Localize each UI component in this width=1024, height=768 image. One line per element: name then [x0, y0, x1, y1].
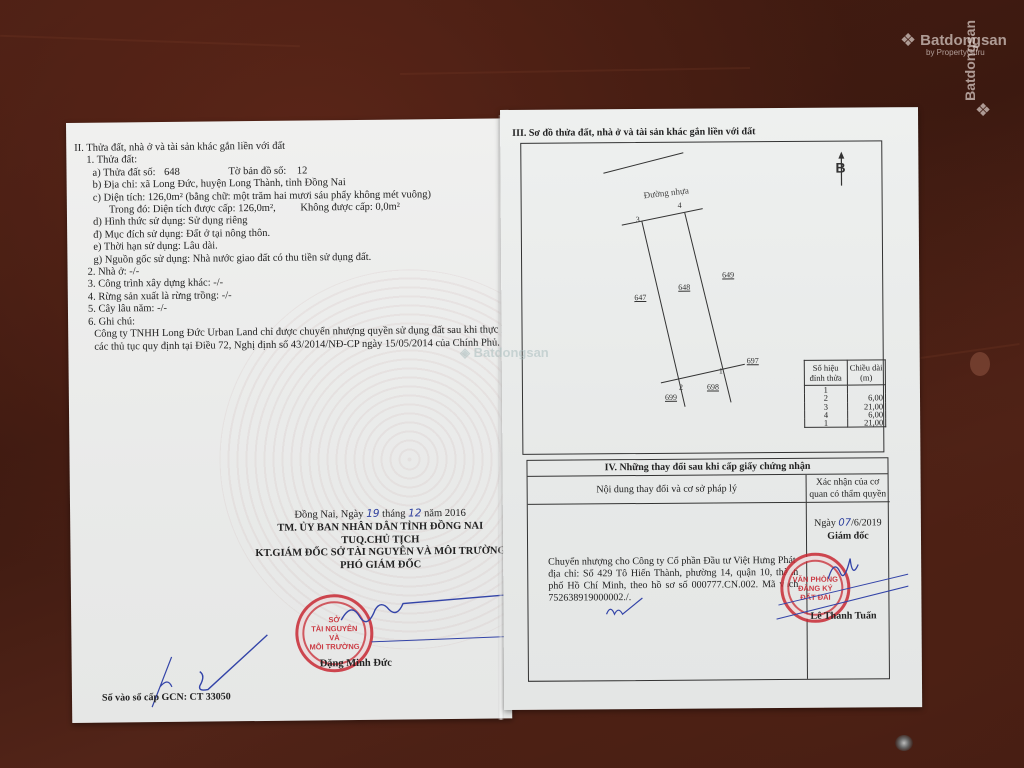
changes-section: IV. Những thay đổi sau khi cấp giấy chứn…	[526, 457, 890, 682]
header-length: Chiều dài (m)	[847, 360, 886, 385]
wood-grain	[400, 67, 750, 75]
parcel-map: B Đường nhựa 3 4 2 1 648 647 649 697 698…	[520, 140, 884, 455]
registry-signatures	[527, 458, 909, 683]
wood-stain	[970, 352, 990, 376]
watermark-center: ◈ Batdongsan	[460, 345, 549, 361]
wood-grain	[0, 35, 300, 47]
watermark-logo-icon: ❖	[975, 100, 991, 121]
parcel-649-label: 649	[722, 270, 734, 279]
table-nail	[895, 735, 913, 751]
header-vertex: Số hiệu đỉnh thửa	[804, 360, 847, 385]
wood-grain	[920, 343, 1019, 359]
watermark-brand: ❖ Batdongsan by PropertyGuru	[900, 30, 1007, 57]
signer-name: Đặng Minh Đức	[320, 658, 392, 670]
watermark-logo-icon: ❖	[900, 30, 916, 51]
parcel-648-label: 648	[678, 283, 690, 292]
signatures	[66, 118, 512, 723]
vertex-4: 4	[678, 201, 682, 210]
vertex-3: 3	[636, 215, 640, 224]
watermark-logo-icon: ◈	[460, 345, 470, 360]
parcel-699-label: 699	[665, 393, 677, 402]
certificate-right-page: III. Sơ đồ thửa đất, nhà ở và tài sản kh…	[500, 107, 922, 710]
edge-length-table: Số hiệu đỉnh thửa Chiều dài (m) 1 26,00 …	[804, 359, 886, 428]
parcel-697-label: 697	[747, 356, 759, 365]
section-title: III. Sơ đồ thửa đất, nhà ở và tài sản kh…	[512, 126, 755, 139]
parcel-647-label: 647	[634, 293, 646, 302]
parcel-698-label: 698	[707, 382, 719, 391]
watermark-brand-vertical: Batdongsan	[962, 20, 978, 101]
north-arrow-icon: B	[835, 160, 845, 176]
certificate-left-page: II. Thửa đất, nhà ở và tài sản khác gắn …	[66, 118, 512, 723]
table-row: 121,00	[805, 419, 886, 428]
confirm-signer: Lê Thanh Tuấn	[811, 610, 877, 621]
registry-number: Số vào sổ cấp GCN: CT 33050	[102, 691, 231, 703]
vertex-2: 2	[679, 383, 683, 392]
vertex-1: 1	[719, 366, 723, 375]
